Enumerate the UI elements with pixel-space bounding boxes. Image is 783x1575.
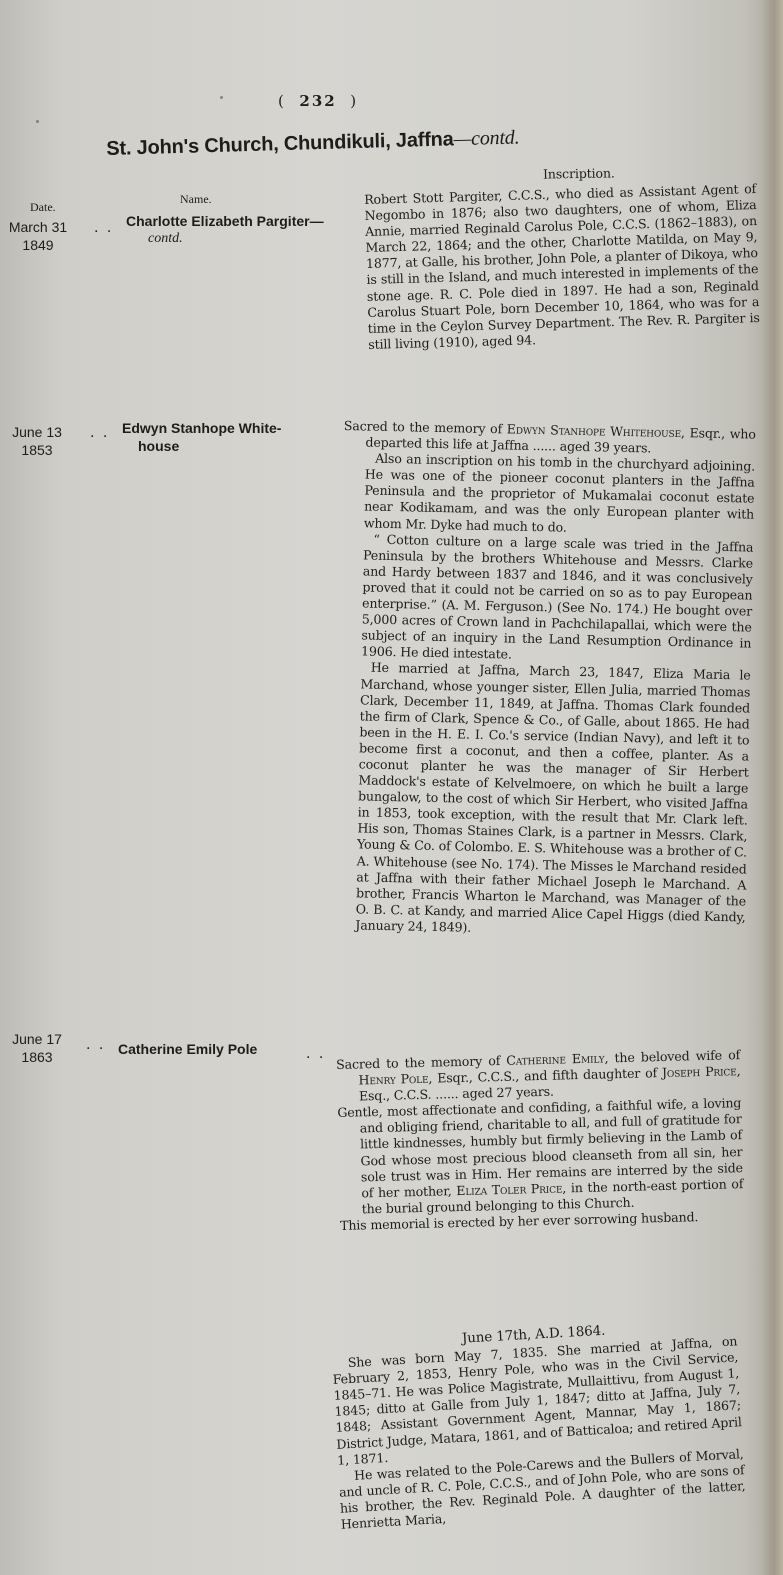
dot-leader: . . — [90, 425, 109, 441]
dot-leader: . . — [306, 1046, 325, 1062]
paper-speck — [36, 120, 39, 123]
page-number-paren-close: ) — [350, 92, 358, 110]
inscription-paragraph: Robert Stott Pargiter, C.C.S., who died … — [364, 181, 760, 353]
page-number-value: 232 — [299, 92, 336, 110]
intro-father-name: Joseph Price — [662, 1063, 737, 1080]
dot-leader: . . — [94, 220, 113, 236]
entry-name: Charlotte Elizabeth Pargiter— contd. — [126, 212, 324, 248]
book-spine-shadow — [761, 0, 783, 1575]
book-page: ( 232 ) St. John's Church, Chundikuli, J… — [0, 0, 783, 1575]
intro-deceased-name: Catherine Emily — [506, 1050, 605, 1067]
page-number: ( 232 ) — [278, 92, 358, 110]
paper-speck — [220, 96, 223, 99]
entry-name-text-cont: house — [122, 437, 281, 455]
entry-inscription: Sacred to the memory of Catherine Emily,… — [336, 1047, 744, 1234]
entry-date: March 31 1849 — [3, 218, 73, 254]
entry-date-day: June 17 — [2, 1030, 72, 1048]
inscription-paragraph: She was born May 7, 1835. She married at… — [331, 1333, 743, 1468]
entry-date-year: 1849 — [3, 236, 73, 254]
intro-husband-name: Henry Pole — [358, 1071, 428, 1088]
entry-name: Edwyn Stanhope White- house — [122, 419, 281, 455]
entry-date-day: March 31 — [3, 218, 73, 236]
entry-date: June 17 1863 — [2, 1030, 72, 1066]
entry-name-text: Charlotte Elizabeth Pargiter— — [126, 213, 324, 229]
entry-inscription: Robert Stott Pargiter, C.C.S., who died … — [364, 181, 760, 353]
entry-name-text: Edwyn Stanhope White- — [122, 419, 281, 437]
entry-date-year: 1863 — [2, 1048, 72, 1066]
page-title-text: St. John's Church, Chundikuli, Jaffna — [106, 128, 454, 160]
entry-date-day: June 13 — [2, 423, 72, 441]
entry-name-text: Catherine Emily Pole — [118, 1041, 257, 1057]
page-title: St. John's Church, Chundikuli, Jaffna—co… — [106, 126, 520, 161]
entry-inscription-continued: June 17th, A.D. 1864. She was born May 7… — [330, 1307, 747, 1532]
column-header-name: Name. — [180, 192, 212, 207]
dot-leader: . . — [86, 1037, 105, 1053]
page-title-contd: —contd. — [453, 126, 519, 150]
page-number-paren-open: ( — [278, 92, 286, 110]
entry-date-year: 1853 — [2, 441, 72, 459]
column-header-date: Date. — [30, 200, 56, 215]
inscription-verse: Gentle, most affectionate and confiding,… — [337, 1095, 744, 1217]
intro-text-mid: , the beloved wife of — [604, 1047, 740, 1065]
entry-date: June 13 1853 — [2, 423, 72, 459]
verse-mother-name: Eliza Toler Price — [456, 1180, 562, 1198]
entry-name-contd: contd. — [126, 230, 324, 248]
inscription-paragraph: He married at Jaffna, March 23, 1847, El… — [333, 659, 751, 941]
column-header-inscription: Inscription. — [543, 165, 615, 182]
entry-name: Catherine Emily Pole — [118, 1040, 257, 1058]
entry-inscription: Sacred to the memory of Edwyn Stanhope W… — [333, 418, 756, 942]
inscription-paragraph: Also an inscription on his tomb in the c… — [342, 450, 756, 539]
inscription-paragraph: “ Cotton culture on a large scale was tr… — [339, 531, 754, 668]
